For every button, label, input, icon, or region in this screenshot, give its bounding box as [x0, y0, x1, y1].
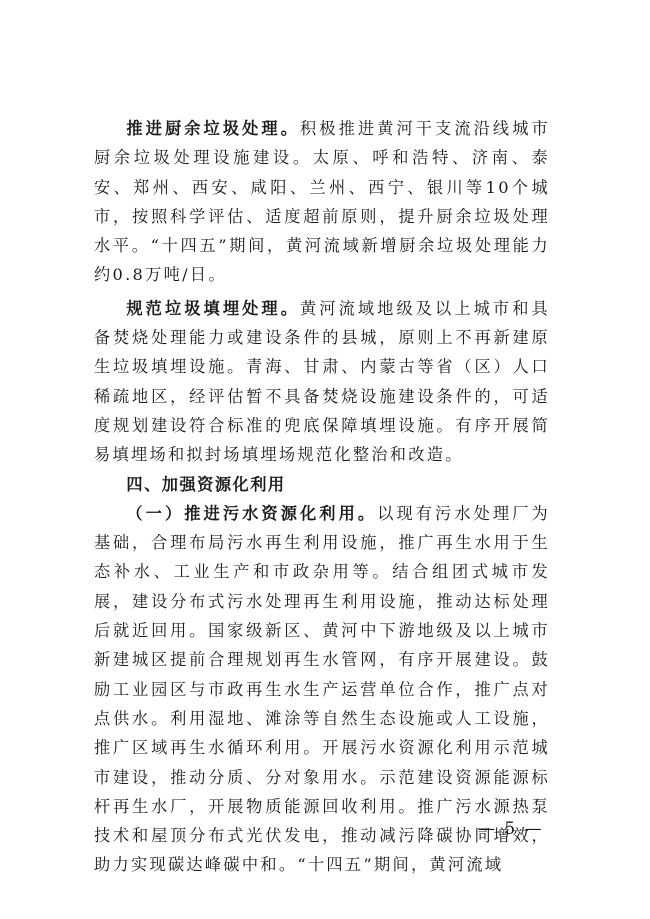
paragraph-body: 黄河流域地级及以上城市和具备焚烧处理能力或建设条件的县城，原则上不再新建原生垃圾…	[94, 299, 550, 464]
section-heading: 四、加强资源化利用	[94, 470, 550, 499]
paragraph-landfill: 规范垃圾填埋处理。黄河流域地级及以上城市和具备焚烧处理能力或建设条件的县城，原则…	[94, 294, 550, 470]
page-number: — 5 —	[478, 819, 544, 839]
paragraph-lead: 规范垃圾填埋处理。	[126, 299, 300, 318]
document-page: 推进厨余垃圾处理。积极推进黄河干支流沿线城市厨余垃圾处理设施建设。太原、呼和浩特…	[94, 114, 550, 880]
paragraph-lead: （一）推进污水资源化利用。	[126, 504, 377, 523]
paragraph-body: 积极推进黄河干支流沿线城市厨余垃圾处理设施建设。太原、呼和浩特、济南、泰安、郑州…	[94, 119, 550, 284]
paragraph-kitchen-waste: 推进厨余垃圾处理。积极推进黄河干支流沿线城市厨余垃圾处理设施建设。太原、呼和浩特…	[94, 114, 550, 290]
paragraph-lead: 推进厨余垃圾处理。	[126, 119, 300, 138]
